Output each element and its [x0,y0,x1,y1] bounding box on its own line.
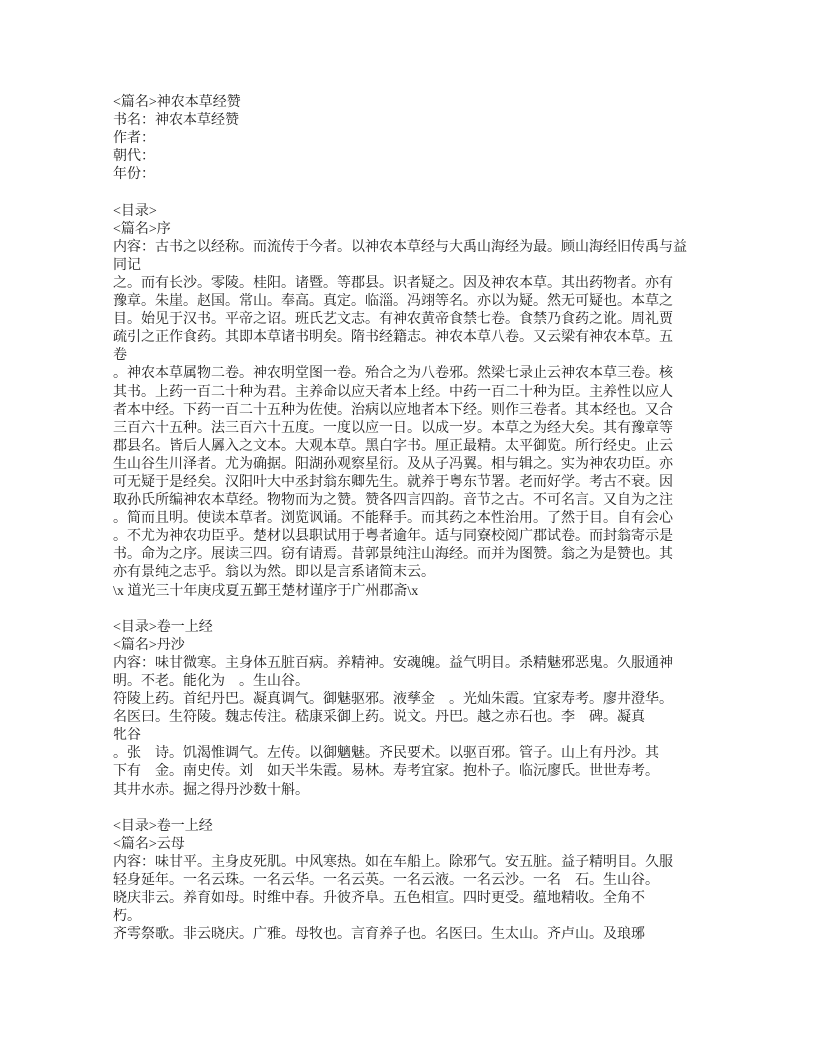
text-body: <篇名>神农本草经赞书名：神农本草经赞作者：朝代：年份：<目录><篇名>序内容：… [113,94,711,944]
text-line: 其书。上药一百二十种为君。主养命以应天者本上经。中药一百二十种为臣。主养性以应人 [113,384,711,402]
text-line: 。简而且明。使读本草者。浏览讽诵。不能释手。而其药之本性治用。了然于目。自有会心 [113,510,711,528]
text-line: 内容：味甘微寒。主身体五脏百病。养精神。安魂魄。益气明目。杀精魅邪恶鬼。久服通神 [113,655,711,673]
text-line: <篇名>神农本草经赞 [113,94,711,112]
text-line: 作者： [113,130,711,148]
text-line: 三百六十五种。法三百六十五度。一度以应一日。以成一岁。本草之为经大矣。其有豫章等 [113,420,711,438]
text-line: 年份： [113,166,711,184]
text-line [113,601,711,619]
text-line: 明。不老。能化为 。生山谷。 [113,673,711,691]
text-line [113,800,711,818]
text-line: <篇名>序 [113,221,711,239]
text-line: 豫章。朱崖。赵国。常山。奉高。真定。临淄。冯翊等名。亦以为疑。然无可疑也。本草之 [113,293,711,311]
text-line: 牝谷 [113,727,711,745]
text-line: 晓庆非云。养育如母。时维中春。升彼齐阜。五色相宣。四时更受。蕴地精收。全角不 [113,890,711,908]
text-line: 取孙氏所编神农本草经。物物而为之赞。赞各四言四韵。音节之古。不可名言。又自为之注 [113,492,711,510]
document-page: <篇名>神农本草经赞书名：神农本草经赞作者：朝代：年份：<目录><篇名>序内容：… [0,0,816,1056]
text-line: 内容：古书之以经称。而流传于今者。以神农本草经与大禹山海经为最。顾山海经旧传禹与… [113,239,711,257]
text-line: 卷 [113,347,711,365]
text-line: 书。命为之序。展读三四。窃有请焉。昔郭景纯注山海经。而并为图赞。翁之为是赞也。其 [113,546,711,564]
text-line: 者本中经。下药一百二十五种为佐使。治病以应地者本下经。则作三卷者。其本经也。又合 [113,402,711,420]
text-line: 目。始见于汉书。平帝之诏。班氏艺文志。有神农黄帝食禁七卷。食禁乃食药之讹。周礼贾 [113,311,711,329]
text-line: 同记 [113,257,711,275]
text-line: 郡县名。皆后人羼入之文本。大观本草。黑白字书。厘正最精。太平御览。所行经史。止云 [113,438,711,456]
text-line: <篇名>丹沙 [113,637,711,655]
text-line: <目录> [113,203,711,221]
text-line: 之。而有长沙。零陵。桂阳。诸暨。等郡县。识者疑之。因及神农本草。其出药物者。亦有 [113,275,711,293]
text-line: 轻身延年。一名云珠。一名云华。一名云英。一名云液。一名云沙。一名 石。生山谷。 [113,872,711,890]
text-line: 符陵上药。首纪丹巴。凝真调气。御魅驱邪。液孳金 。光灿朱霞。宜家寿考。廖井澄华。 [113,691,711,709]
text-line: <目录>卷一上经 [113,818,711,836]
text-line: 疏引之正作食药。其即本草诸书明矣。隋书经籍志。神农本草八卷。又云梁有神农本草。五 [113,329,711,347]
text-line: \x 道光三十年庚戌夏五鄞王楚材谨序于广州郡斋\x [113,583,711,601]
text-line: 。张 诗。饥渴惟调气。左传。以御魑魅。齐民要术。以驱百邪。管子。山上有丹沙。其 [113,745,711,763]
text-line: 书名：神农本草经赞 [113,112,711,130]
text-line: 下有 金。南史传。刘 如天半朱霞。易林。寿考宜家。抱朴子。临沅廖氏。世世寿考。 [113,763,711,781]
text-line: 朝代： [113,148,711,166]
text-line: <目录>卷一上经 [113,619,711,637]
text-line: 名医曰。生符陵。魏志传注。嵇康采御上药。说文。丹巴。越之赤石也。李 碑。凝真 [113,709,711,727]
text-line: 内容：味甘平。主身皮死肌。中风寒热。如在车船上。除邪气。安五脏。益子精明目。久服 [113,854,711,872]
text-line: 朽。 [113,908,711,926]
text-line: <篇名>云母 [113,836,711,854]
text-line: 齐雩祭歌。非云晓庆。广雅。母牧也。言育养子也。名医曰。生太山。齐卢山。及琅琊 [113,926,711,944]
text-line: 。神农本草属物二卷。神农明堂图一卷。殆合之为八卷邪。然梁七录止云神农本草三卷。核 [113,365,711,383]
text-line [113,184,711,202]
text-line: 。不尤为神农功臣乎。楚材以县职试用于粤者逾年。适与同寮校阅广郡试卷。而封翁寄示是 [113,528,711,546]
text-line: 亦有景纯之志乎。翁以为然。即以是言系诸简末云。 [113,564,711,582]
text-line: 其井水赤。掘之得丹沙数十斛。 [113,782,711,800]
text-line: 生山谷生川泽者。尤为确据。阳湖孙观察星衍。及从子冯翼。相与辑之。实为神农功臣。亦 [113,456,711,474]
text-line: 可无疑于是经矣。汉阳叶大中丞封翁东卿先生。就养于粤东节署。老而好学。考古不衰。因 [113,474,711,492]
